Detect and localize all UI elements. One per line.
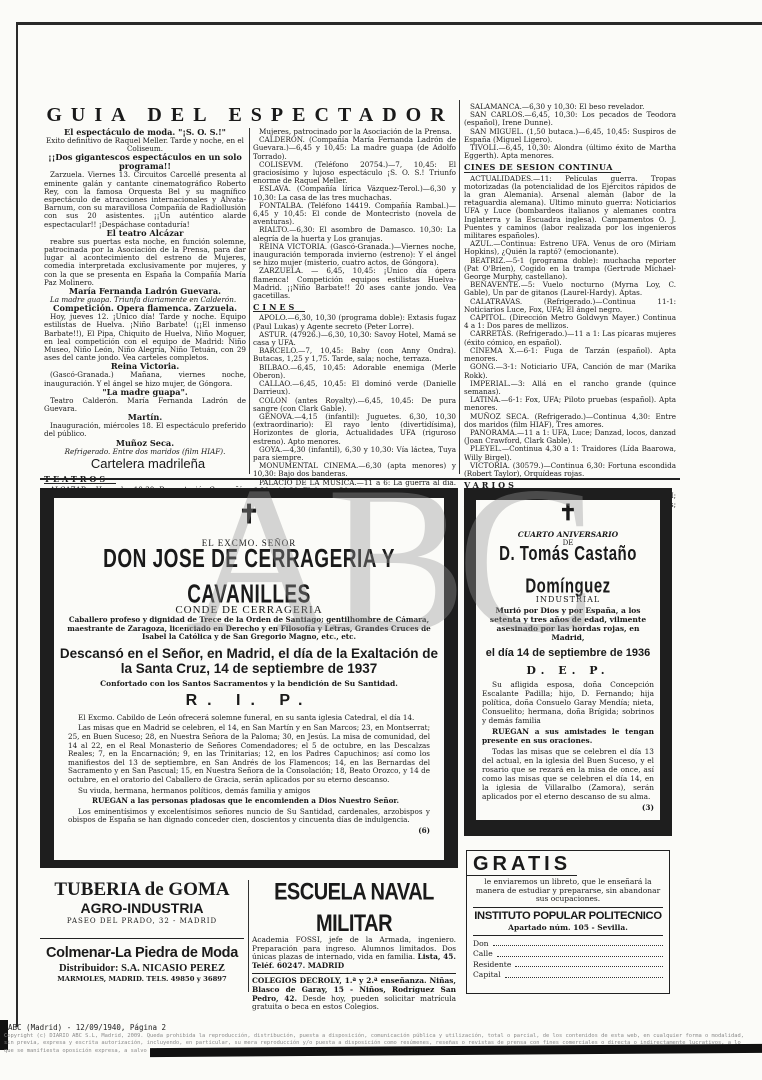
listing-entry: BEATRIZ.—5-1 (programa doble): muchacha …	[464, 257, 676, 282]
ad-subtitle: AGRO-INDUSTRIA	[40, 900, 244, 917]
paragraph: Hoy, jueves 12. ¡Unico día! Tarde y noch…	[44, 313, 246, 362]
listing-entry: PLEYEL.—Continua 4,30 a 1: Traidores (Lí…	[464, 445, 676, 461]
cross-icon: ✝	[476, 502, 660, 524]
paragraph: Refrigerado. Entre dos maridos (film HIA…	[44, 448, 246, 456]
ad-address: MARMOLES, MADRID. TELS. 49850 y 36897	[40, 975, 244, 983]
continua-label: CINES DE SESION CONTINUA	[464, 163, 621, 172]
section-divider	[40, 478, 680, 480]
divider	[473, 935, 663, 936]
ad-decroly: COLEGIOS DECROLY, 1.ª y 2.ª enseñanza. N…	[252, 977, 456, 1011]
cines-label: CINES	[253, 303, 305, 312]
divider	[252, 973, 456, 974]
listing-entry: BILBAO.—6,45, 10,45: Adorable enemiga (M…	[253, 364, 456, 380]
ad-address: PASEO DEL PRADO, 32 - MADRID	[40, 917, 244, 925]
form-field-blank	[505, 970, 663, 978]
comforted-line: Confortado con los Santos Sacramentos y …	[54, 679, 444, 688]
paragraph: Todas las misas que se celebren el día 1…	[482, 747, 654, 801]
listing-entry: CALDERON. (Compañía María Fernanda Ladró…	[253, 136, 456, 161]
section-title: GUIA DEL ESPECTADOR	[45, 104, 455, 127]
deceased-name: DON JOSE DE CERRAGERIA Y CAVANILLES	[54, 543, 444, 613]
listing-entry: MUÑOZ SECA. (Refrigerado.)—Continua 4,30…	[464, 413, 676, 429]
listing-entry: AZUL.—Continua: Estreno UFA. Venus de or…	[464, 240, 676, 256]
form-field-label: Don	[473, 939, 489, 950]
institute-address: Apartado núm. 105 - Sevilla.	[467, 923, 669, 932]
ad-body: Academia FOSSI, jefe de la Armada, ingen…	[252, 936, 456, 970]
listing-entry: LATINA.—6-1: Fox, UFA; Piloto pruebas (e…	[464, 396, 676, 412]
institute-name: INSTITUTO POPULAR POLITECNICO	[467, 909, 669, 923]
listing-entry: GENOVA.—4,15 (infantil): Juguetes. 6,30,…	[253, 413, 456, 446]
listing-entry: BARCELO.—7, 10,45: Baby (con Anny Ondra)…	[253, 347, 456, 363]
listing-entry: CARRETAS. (Refrigerado.)—11 a 1: Las píc…	[464, 330, 676, 346]
listing-entry: TIVOLI.—6,45, 10,30: Alondra (último éxi…	[464, 144, 676, 160]
obituary-body: Su afligida esposa, doña Concepción Esca…	[476, 680, 660, 812]
death-circumstances: Murió por Dios y por España, a los seten…	[476, 606, 660, 642]
page-border-left	[16, 22, 18, 1027]
ad-title: TUBERIA de GOMA	[40, 880, 244, 900]
obituary-cerrageria: ✝ EL EXCMO. SEÑOR DON JOSE DE CERRAGERIA…	[54, 498, 444, 860]
paragraph: Teatro Calderón. María Fernanda Ladrón d…	[44, 397, 246, 413]
form-field-row: Capital	[473, 970, 663, 981]
footer-title: ABC (Madrid) - 12/09/1940, Página 2	[8, 1023, 166, 1032]
paragraph: Su afligida esposa, doña Concepción Esca…	[482, 680, 654, 725]
paragraph: reabre sus puertas esta noche, en funció…	[44, 238, 246, 287]
listing-entry: ZARZUELA. — 6,45, 10,45: ¡Unico día óper…	[253, 267, 456, 300]
ad-colmenar: Colmenar-La Piedra de Moda Distribuidor:…	[40, 944, 244, 983]
column-divider	[248, 880, 249, 992]
ad-gratis: GRATIS le enviaremos un libreto, que le …	[466, 850, 670, 994]
dep: D. E. P.	[476, 664, 660, 677]
honors: Caballero profeso y dignidad de Trece de…	[54, 616, 444, 642]
rip: R. I. P.	[54, 692, 444, 710]
listing-entry: BENAVENTE.—5: Vuelo nocturno (Myrna Loy,…	[464, 281, 676, 297]
obituary-castano: ✝ CUARTO ANIVERSARIO DE D. Tomás Castaño…	[476, 500, 660, 820]
cartelera-heading: Cartelera madrileña	[44, 456, 246, 472]
column-divider	[459, 100, 460, 474]
column-1: El espectáculo de moda. "¡S. O. S.!" Exi…	[44, 128, 246, 503]
listing-entry: SAN CARLOS.—6,45, 10,30: Los pecados de …	[464, 111, 676, 127]
listing-entry: VICTORIA. (30579.)—Continua 6,30: Fortun…	[464, 462, 676, 478]
death-announcement: Descansó en el Señor, en Madrid, el día …	[54, 646, 444, 676]
ad-tuberia-goma: TUBERIA de GOMA AGRO-INDUSTRIA PASEO DEL…	[40, 880, 244, 939]
listing-entry: REINA VICTORIA. (Gascó-Granada.)—Viernes…	[253, 243, 456, 268]
listing-entry: RIALTO.—6,30: El asombro de Damasco. 10,…	[253, 226, 456, 242]
paragraph: Exito definitivo de Raquel Meller. Tarde…	[44, 137, 246, 153]
reference-number: (6)	[68, 827, 430, 836]
listing-entry: COLON (antes Royalty).—6,45, 10,45: De p…	[253, 397, 456, 413]
ad-title: GRATIS	[467, 851, 577, 876]
paragraph: (Gascó-Granada.) Mañana, viernes noche, …	[44, 371, 246, 387]
listing-entry: GONG.—3-1: Noticiario UFA, Canción de ma…	[464, 363, 676, 379]
paragraph: El Excmo. Cabildo de León ofrecerá solem…	[68, 714, 430, 723]
column-2: Mujeres, patrocinado por la Asociación d…	[253, 128, 456, 511]
listing-entry: MONUMENTAL CINEMA.—6,30 (apta menores) y…	[253, 462, 456, 478]
paragraph: Inauguración, miércoles 18. El espectácu…	[44, 422, 246, 438]
listing-entry: CALATRAVAS. (Refrigerado.)—Continua 11-1…	[464, 298, 676, 314]
form-field-row: Residente	[473, 960, 663, 971]
form-field-row: Calle	[473, 949, 663, 960]
reference-number: (3)	[482, 803, 654, 812]
listing-entry: IMPERIAL.—3: Allá en el rancho grande (q…	[464, 380, 676, 396]
paragraph: RUEGAN a sus amistades le tengan present…	[482, 727, 654, 745]
paragraph: Las misas que en Madrid se celebren, el …	[68, 724, 430, 784]
ad-body: le enviaremos un libreto, que le enseñar…	[467, 876, 669, 906]
headline: ¡¡Dos gigantescos espectáculos en un sol…	[44, 153, 246, 171]
listing-entry: COLISEVM. (Teléfono 20754.)—7, 10,45: El…	[253, 161, 456, 186]
paragraph: Zarzuela. Viernes 13. Circuitos Carcellé…	[44, 171, 246, 228]
form-field-label: Calle	[473, 949, 493, 960]
page-border-top	[16, 22, 762, 25]
ad-distributor: Distribuidor: S.A. NICASIO PEREZ	[40, 962, 244, 975]
form-field-label: Residente	[473, 960, 511, 971]
listing-entry: GOYA.—4,30 (infantil), 6,30 y 10,30: Vía…	[253, 446, 456, 462]
form-field-blank	[497, 949, 663, 957]
column-divider	[249, 128, 250, 474]
obituary-body: El Excmo. Cabildo de León ofrecerá solem…	[54, 714, 444, 836]
deceased-name: D. Tomás Castaño Domínguez	[476, 539, 660, 604]
ad-title: Colmenar-La Piedra de Moda	[40, 944, 244, 962]
cross-icon: ✝	[54, 502, 444, 528]
ad-escuela-naval: ESCUELA NAVAL MILITAR Academia FOSSI, je…	[252, 882, 456, 1012]
listing-entry: SAN MIGUEL. (1,50 butaca.)—6,45, 10,45: …	[464, 128, 676, 144]
listing-entry: CAPITOL. (Dirección Metro Goldwyn Mayer.…	[464, 314, 676, 330]
form-field-label: Capital	[473, 970, 501, 981]
paragraph: Su viuda, hermana, hermanos políticos, d…	[68, 787, 430, 796]
paragraph: Los eminentísimos y excelentísimos señor…	[68, 808, 430, 825]
listing-entry: CALLAO.—6,45, 10,45: El dominó verde (Da…	[253, 380, 456, 396]
form-field-blank	[493, 939, 663, 947]
listing-entry: PANORAMA.—11 a 1: UFA, Luce; Danzad, loc…	[464, 429, 676, 445]
paragraph: RUEGAN a las personas piadosas que le en…	[68, 797, 430, 806]
listing-entry: FONTALBA. (Teléfono 14419. Compañía Ramb…	[253, 202, 456, 227]
ad-title: ESCUELA NAVAL MILITAR	[252, 877, 456, 939]
listing-entry: CINEMA X.—6-1: Fuga de Tarzán (español).…	[464, 347, 676, 363]
listing-entry: ACTUALIDADES.—11: Películas guerra. Trop…	[464, 175, 676, 241]
column-3: SALAMANCA.—6,30 y 10,30: El beso revelad…	[464, 103, 676, 517]
death-date: el día 14 de septiembre de 1936	[476, 646, 660, 661]
form-field-row: Don	[473, 939, 663, 950]
form-field-blank	[515, 960, 663, 968]
divider	[473, 907, 663, 908]
listing-entry: ESLAVA. (Compañía lírica Vázquez-Terol.)…	[253, 185, 456, 201]
listing-entry: ASTUR. (47926.)—6,30, 10,30: Savoy Hotel…	[253, 331, 456, 347]
listing-entry: APOLO.—6,30, 10,30 (programa doble): Ext…	[253, 314, 456, 330]
